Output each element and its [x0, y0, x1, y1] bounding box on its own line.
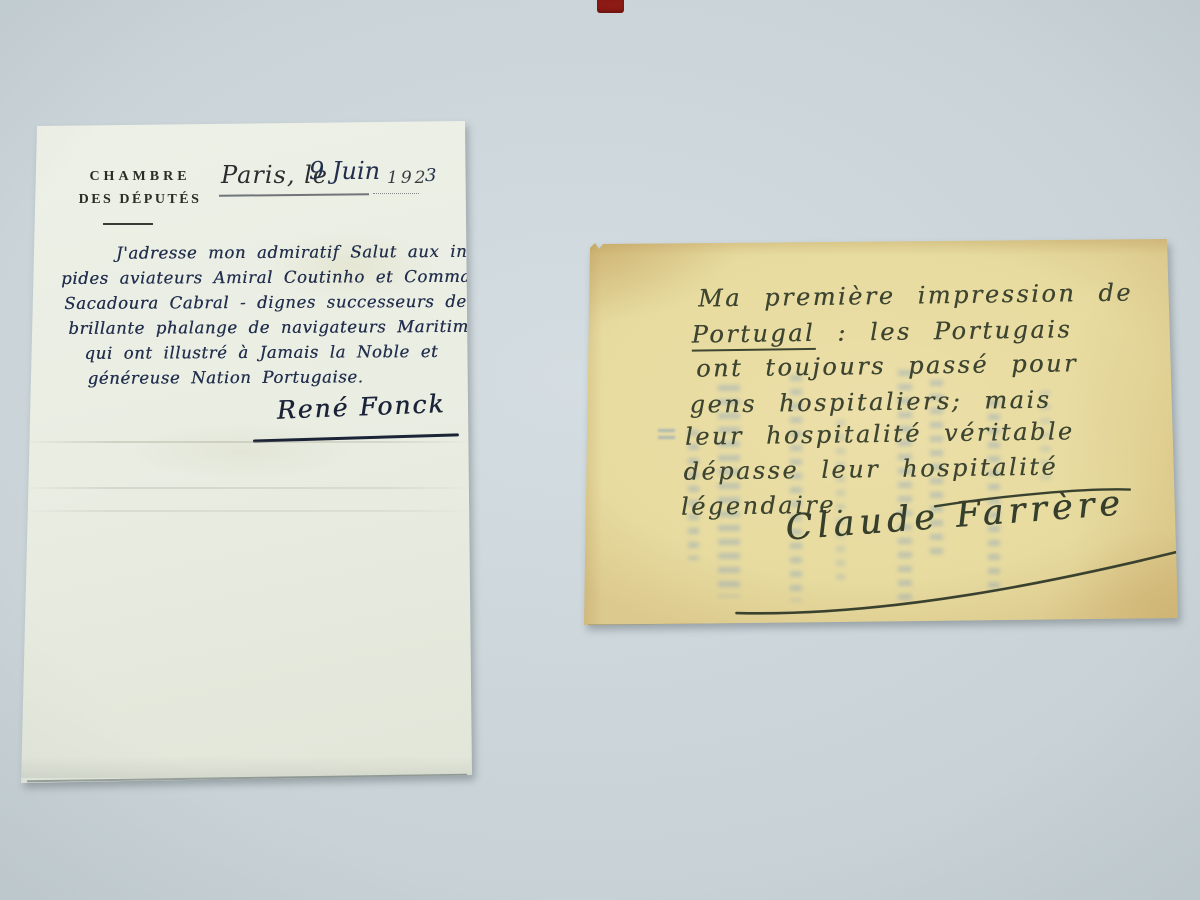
letter-body-line: pides aviateurs Amiral Coutinho et Comma…: [61, 267, 522, 288]
card-document: Ma première impression de Portugal : les…: [584, 239, 1179, 626]
card-line: leur hospitalité véritable: [685, 417, 1075, 450]
card-line-rest: : les Portugais: [815, 315, 1072, 347]
card-line: Portugal : les Portugais: [691, 315, 1072, 348]
red-tape-mark: [597, 0, 624, 13]
fold-crease: [21, 441, 473, 443]
card-line: Ma première impression de: [698, 278, 1133, 312]
letter-body-line: qui ont illustré à Jamais la Noble et: [84, 342, 438, 363]
letter-paper: CHAMBRE DES DÉPUTÉS Paris, le 9 Juin 192…: [21, 121, 473, 784]
letter-document: CHAMBRE DES DÉPUTÉS Paris, le 9 Juin 192…: [21, 121, 473, 784]
letter-body-line: J'adresse mon admiratif Salut aux intré-: [116, 242, 500, 263]
card-line: dépasse leur hospitalité: [683, 453, 1058, 486]
card-line: ont toujours passé pour: [696, 349, 1078, 382]
letter-body-line: Sacadoura Cabral - dignes successeurs de…: [64, 292, 522, 313]
photo-of-documents: { "colors": { "background": "#ccd6da", "…: [0, 0, 1200, 900]
fold-crease: [21, 510, 473, 512]
underlined-word: Portugal: [691, 319, 815, 352]
letter-body-line: généreuse Nation Portugaise.: [88, 367, 364, 387]
letter-body-line: brillante phalange de navigateurs Mariti…: [68, 317, 488, 338]
card-text: Ma première impression de Portugal : les…: [581, 235, 1181, 630]
fold-crease: [21, 487, 473, 489]
card-paper: Ma première impression de Portugal : les…: [584, 239, 1179, 626]
letter-body: J'adresse mon admiratif Salut aux intré-…: [19, 120, 474, 785]
letter-signature: René Fonck: [276, 389, 446, 425]
card-line: gens hospitaliers; mais: [689, 386, 1051, 419]
